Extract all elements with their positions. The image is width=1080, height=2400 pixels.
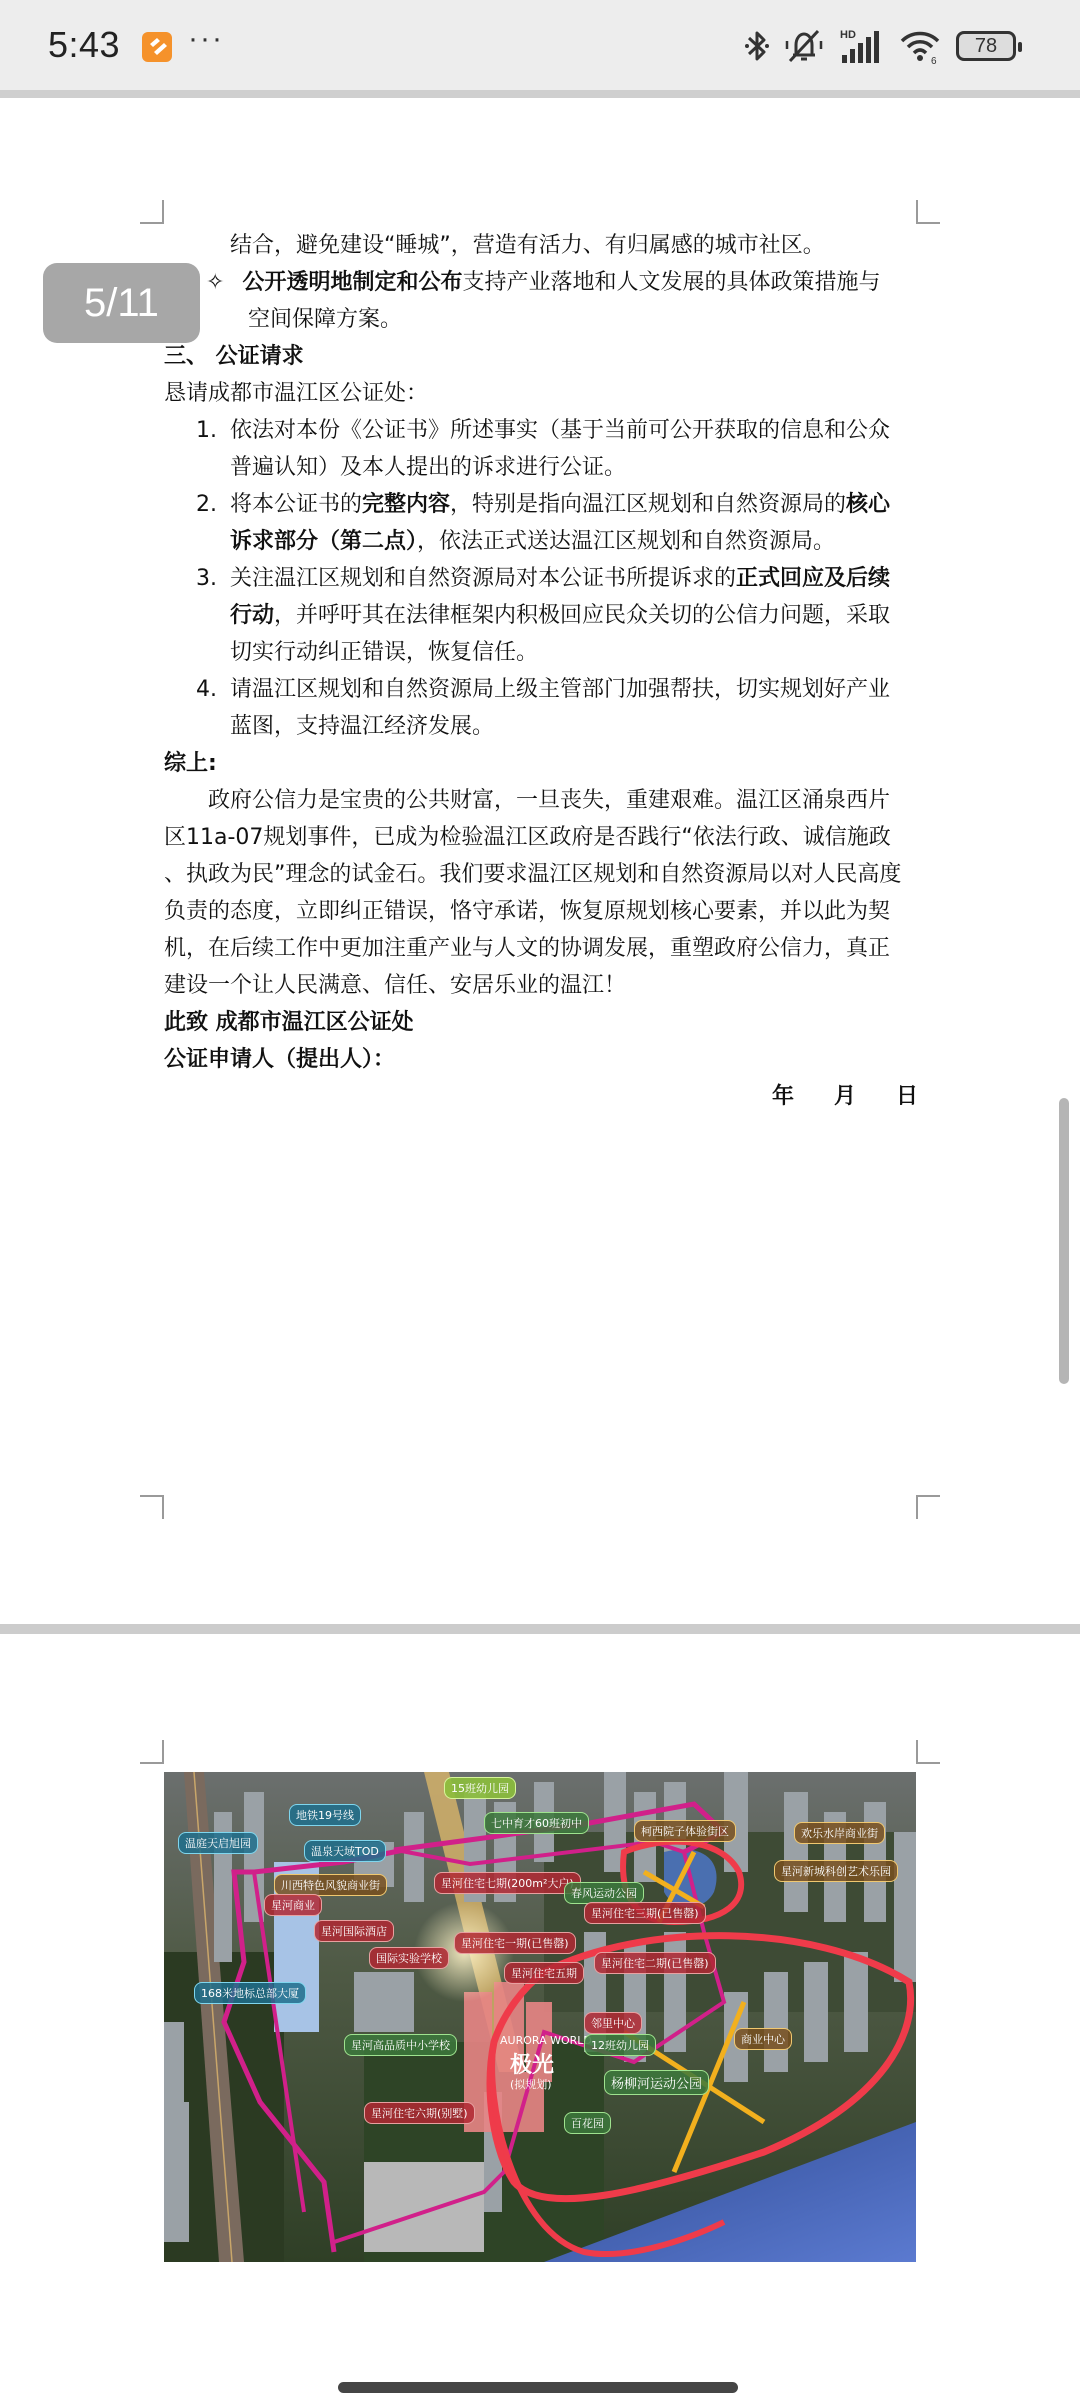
map-label: 星河住宅七期(200m²大户) bbox=[434, 1872, 581, 1894]
list-number: 2. bbox=[196, 486, 230, 523]
section-heading: 三、 公证请求 bbox=[164, 338, 304, 375]
text-fragment: ，特别是指向温江区规划和自然资源局的 bbox=[450, 492, 846, 517]
map-label: 春风运动公园 bbox=[564, 1882, 644, 1904]
map-label: 温泉天域TOD bbox=[304, 1840, 386, 1862]
summary-line: 政府公信力是宝贵的公共财富，一旦丧失，重建艰难。温江区涌泉西片 bbox=[208, 782, 890, 819]
summary-line: 机，在后续工作中更加注重产业与人文的协调发展，重塑政府公信力，真正 bbox=[164, 930, 890, 967]
text-fragment: 支持产业落地和人文发展的具体政策措施与 bbox=[462, 270, 880, 295]
page-indicator: 5/11 bbox=[43, 263, 200, 343]
bold-phrase: 正式回应及后续 bbox=[736, 566, 890, 591]
bold-phrase: 核心 bbox=[846, 492, 890, 517]
date-day-label: 日 bbox=[896, 1078, 918, 1115]
map-label: 杨柳河运动公园 bbox=[604, 2070, 709, 2095]
request-item-4: 4.请温江区规划和自然资源局上级主管部门加强帮扶，切实规划好产业 bbox=[196, 671, 890, 708]
text-line: 恳请成都市温江区公证处： bbox=[164, 375, 428, 412]
map-label: (拟规划) bbox=[504, 2074, 558, 2094]
map-label: 星河住宅二期(已售罄) bbox=[594, 1952, 716, 1974]
summary-line: 区11a-07规划事件，已成为检验温江区政府是否践行“依法行政、诚信施政 bbox=[164, 819, 891, 856]
map-label: 星河商业 bbox=[264, 1894, 322, 1916]
map-label: 星河住宅五期 bbox=[504, 1962, 584, 1984]
list-number: 3. bbox=[196, 560, 230, 597]
list-number: 1. bbox=[196, 412, 230, 449]
map-label: 百花园 bbox=[564, 2112, 611, 2134]
bold-phrase: 行动 bbox=[230, 603, 274, 628]
status-time: 5:43 bbox=[48, 24, 120, 66]
page-corner-mark bbox=[916, 200, 940, 224]
map-label: 国际实验学校 bbox=[369, 1947, 449, 1969]
map-label: 温庭天启旭园 bbox=[178, 1832, 258, 1854]
text-fragment: 关注温江区规划和自然资源局对本公证书所提诉求的 bbox=[230, 566, 736, 591]
map-label: 商业中心 bbox=[734, 2028, 792, 2050]
text-line: 切实行动纠正错误，恢复信任。 bbox=[230, 634, 538, 671]
text-fragment: ，并呼吁其在法律框架内积极回应民众关切的公信力问题，采取 bbox=[274, 603, 890, 628]
page-corner-mark bbox=[140, 1740, 164, 1764]
map-label: 星河高品质中小学校 bbox=[344, 2034, 457, 2056]
status-bar: 5:43 ··· HD bbox=[0, 0, 1080, 90]
map-label: 星河国际酒店 bbox=[314, 1920, 394, 1942]
date-year-label: 年 bbox=[772, 1078, 794, 1115]
page-separator bbox=[0, 1624, 1080, 1634]
text-line: 空间保障方案。 bbox=[248, 301, 402, 338]
hd-signal-icon: HD bbox=[838, 27, 884, 65]
bold-phrase: 公开透明地制定和公布 bbox=[242, 270, 462, 295]
svg-text:HD: HD bbox=[840, 29, 856, 41]
map-label: 柯西院子体验街区 bbox=[634, 1820, 736, 1842]
page-corner-mark bbox=[916, 1495, 940, 1519]
addressee: 此致 成都市温江区公证处 bbox=[164, 1004, 414, 1041]
text-fragment: 将本公证书的 bbox=[230, 492, 362, 517]
text-line: 普遍认知）及本人提出的诉求进行公证。 bbox=[230, 449, 626, 486]
status-icons: HD 6 78 bbox=[744, 26, 1016, 66]
page-corner-mark bbox=[140, 200, 164, 224]
text-fragment: 依法对本份《公证书》所述事实（基于当前可公开获取的信息和公众 bbox=[230, 418, 890, 443]
text-fragment: ，依法正式送达温江区规划和自然资源局。 bbox=[417, 529, 835, 554]
battery-indicator: 78 bbox=[956, 31, 1016, 61]
bold-phrase: 完整内容 bbox=[362, 492, 450, 517]
bullet-line: ✧公开透明地制定和公布支持产业落地和人文发展的具体政策措施与 bbox=[206, 264, 880, 301]
map-label: 七中育才60班初中 bbox=[484, 1812, 589, 1834]
text-fragment: 请温江区规划和自然资源局上级主管部门加强帮扶，切实规划好产业 bbox=[230, 677, 890, 702]
map-label: 欢乐水岸商业街 bbox=[794, 1822, 885, 1844]
text-line: 结合，避免建设“睡城”，营造有活力、有归属感的城市社区。 bbox=[230, 227, 825, 264]
list-number: 4. bbox=[196, 671, 230, 708]
date-month-label: 月 bbox=[834, 1078, 856, 1115]
request-item-2: 2.将本公证书的完整内容，特别是指向温江区规划和自然资源局的核心 bbox=[196, 486, 890, 523]
page-corner-mark bbox=[140, 1495, 164, 1519]
vertical-scrollbar[interactable] bbox=[1059, 1098, 1069, 1384]
more-notifications-icon: ··· bbox=[188, 22, 224, 56]
toolbar-divider bbox=[0, 90, 1080, 98]
wifi-6-icon: 6 bbox=[898, 27, 942, 65]
battery-percent: 78 bbox=[975, 35, 997, 58]
map-label: 地铁19号线 bbox=[289, 1804, 361, 1826]
bluetooth-icon bbox=[744, 28, 770, 64]
map-label: 星河住宅一期(已售罄) bbox=[454, 1932, 576, 1954]
map-label: 星河住宅三期(已售罄) bbox=[584, 1902, 706, 1924]
text-line: 诉求部分（第二点），依法正式送达温江区规划和自然资源局。 bbox=[230, 523, 835, 560]
svg-text:6: 6 bbox=[931, 56, 937, 65]
text-line: 蓝图，支持温江经济发展。 bbox=[230, 708, 494, 745]
request-item-3: 3.关注温江区规划和自然资源局对本公证书所提诉求的正式回应及后续 bbox=[196, 560, 890, 597]
summary-line: 、执政为民”理念的试金石。我们要求温江区规划和自然资源局以对人民高度 bbox=[164, 856, 901, 893]
summary-heading: 综上: bbox=[164, 745, 217, 782]
sparkle-bullet-icon: ✧ bbox=[206, 270, 224, 295]
map-label: 星河住宅六期(别墅) bbox=[364, 2102, 475, 2124]
applicant-label: 公证申请人（提出人）： bbox=[164, 1041, 395, 1078]
date-line: 年 月 日 bbox=[772, 1078, 918, 1115]
map-label: 邻里中心 bbox=[584, 2012, 642, 2034]
summary-line: 建设一个让人民满意、信任、安居乐业的温江！ bbox=[164, 967, 626, 1004]
request-item-1: 1.依法对本份《公证书》所述事实（基于当前可公开获取的信息和公众 bbox=[196, 412, 890, 449]
aerial-planning-image: 地铁19号线 15班幼儿园 温庭天启旭园 温泉天域TOD 七中育才60班初中 川… bbox=[164, 1772, 916, 2262]
map-label: 12班幼儿园 bbox=[584, 2034, 656, 2056]
home-gesture-bar[interactable] bbox=[338, 2382, 738, 2393]
map-label: 星河新城科创艺术乐园 bbox=[774, 1860, 898, 1882]
map-label: 15班幼儿园 bbox=[444, 1777, 516, 1799]
summary-line: 负责的态度，立即纠正错误，恪守承诺，恢复原规划核心要素，并以此为契 bbox=[164, 893, 890, 930]
orange-app-badge-icon bbox=[142, 32, 172, 62]
text-line: 行动，并呼吁其在法律框架内积极回应民众关切的公信力问题，采取 bbox=[230, 597, 890, 634]
page-corner-mark bbox=[916, 1740, 940, 1764]
map-label: 川西特色风貌商业街 bbox=[274, 1874, 387, 1896]
map-label: 168米地标总部大厦 bbox=[194, 1982, 306, 2004]
bold-phrase: 诉求部分（第二点） bbox=[230, 529, 417, 554]
silent-bell-icon bbox=[784, 27, 824, 65]
